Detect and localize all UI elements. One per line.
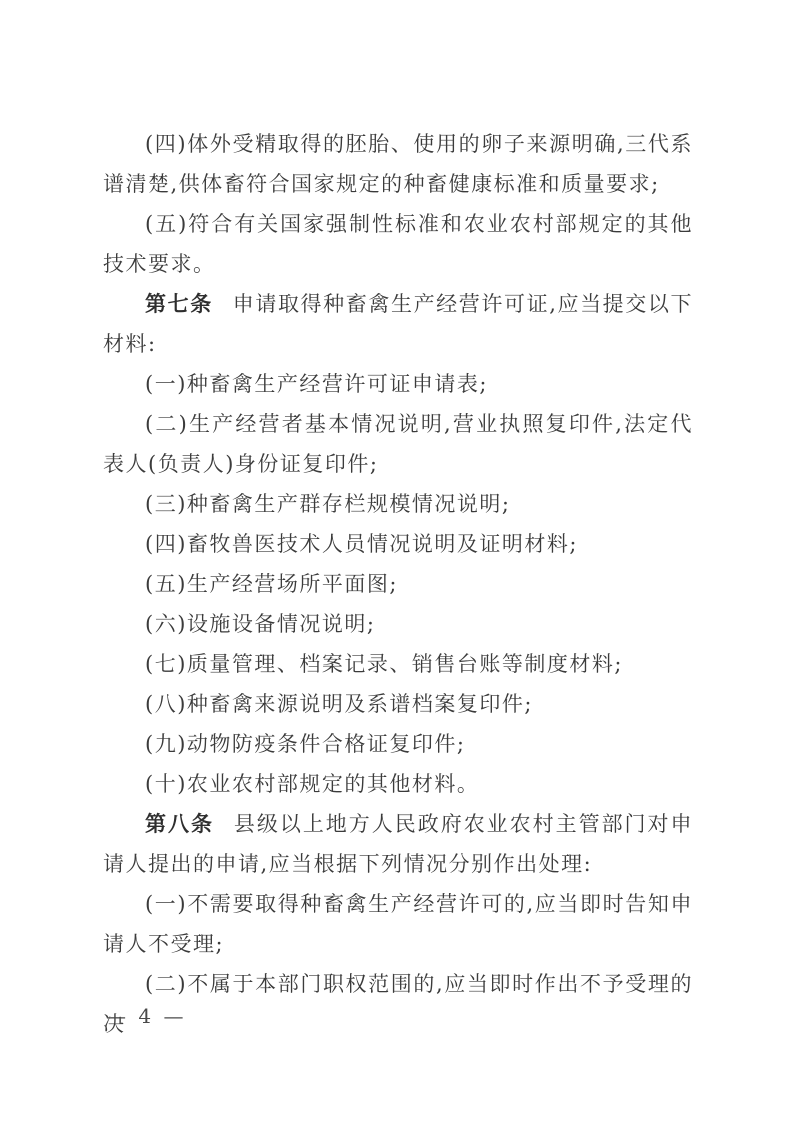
paragraph-text: (三)种畜禽生产群存栏规模情况说明;: [145, 492, 510, 516]
paragraph-text: (一)种畜禽生产经营许可证申请表;: [145, 372, 488, 396]
paragraph-text: (四)体外受精取得的胚胎、使用的卵子来源明确,三代系谱清楚,供体畜符合国家规定的…: [103, 132, 693, 196]
paragraph-list-item: (五)生产经营场所平面图;: [103, 564, 693, 604]
document-page: (四)体外受精取得的胚胎、使用的卵子来源明确,三代系谱清楚,供体畜符合国家规定的…: [0, 0, 794, 1123]
paragraph-article-8: 第八条县级以上地方人民政府农业农村主管部门对申请人提出的申请,应当根据下列情况分…: [103, 804, 693, 884]
paragraph-text: (四)畜牧兽医技术人员情况说明及证明材料;: [145, 532, 578, 556]
paragraph-text: (二)不属于本部门职权范围的,应当即时作出不予受理的决: [103, 972, 693, 1036]
paragraph: (五)符合有关国家强制性标准和农业农村部规定的其他技术要求。: [103, 204, 693, 284]
paragraph-text: (一)不需要取得种畜禽生产经营许可的,应当即时告知申请人不受理;: [103, 892, 693, 956]
paragraph-list-item: (四)畜牧兽医技术人员情况说明及证明材料;: [103, 524, 693, 564]
paragraph-list-item: (二)生产经营者基本情况说明,营业执照复印件,法定代表人(负责人)身份证复印件;: [103, 404, 693, 484]
paragraph-text: (八)种畜禽来源说明及系谱档案复印件;: [145, 692, 533, 716]
paragraph-article-7: 第七条申请取得种畜禽生产经营许可证,应当提交以下材料:: [103, 284, 693, 364]
paragraph-list-item: (六)设施设备情况说明;: [103, 604, 693, 644]
page-number: — 4 —: [106, 1004, 186, 1028]
paragraph-list-item: (八)种畜禽来源说明及系谱档案复印件;: [103, 684, 693, 724]
paragraph-text: (二)生产经营者基本情况说明,营业执照复印件,法定代表人(负责人)身份证复印件;: [103, 412, 693, 476]
paragraph-list-item: (一)不需要取得种畜禽生产经营许可的,应当即时告知申请人不受理;: [103, 884, 693, 964]
paragraph-list-item: (一)种畜禽生产经营许可证申请表;: [103, 364, 693, 404]
article-number-label: 第七条: [145, 291, 213, 316]
paragraph-text: (六)设施设备情况说明;: [145, 612, 375, 636]
document-text-block: (四)体外受精取得的胚胎、使用的卵子来源明确,三代系谱清楚,供体畜符合国家规定的…: [103, 124, 693, 1044]
paragraph-text: (十)农业农村部规定的其他材料。: [145, 772, 479, 796]
paragraph-list-item: (十)农业农村部规定的其他材料。: [103, 764, 693, 804]
paragraph-text: (七)质量管理、档案记录、销售台账等制度材料;: [145, 652, 623, 676]
paragraph-list-item: (三)种畜禽生产群存栏规模情况说明;: [103, 484, 693, 524]
paragraph-text: (五)符合有关国家强制性标准和农业农村部规定的其他技术要求。: [103, 212, 693, 276]
paragraph: (四)体外受精取得的胚胎、使用的卵子来源明确,三代系谱清楚,供体畜符合国家规定的…: [103, 124, 693, 204]
paragraph-list-item: (七)质量管理、档案记录、销售台账等制度材料;: [103, 644, 693, 684]
paragraph-text: (五)生产经营场所平面图;: [145, 572, 398, 596]
paragraph-list-item: (二)不属于本部门职权范围的,应当即时作出不予受理的决: [103, 964, 693, 1044]
paragraph-list-item: (九)动物防疫条件合格证复印件;: [103, 724, 693, 764]
paragraph-text: (九)动物防疫条件合格证复印件;: [145, 732, 465, 756]
article-number-label: 第八条: [145, 811, 214, 836]
